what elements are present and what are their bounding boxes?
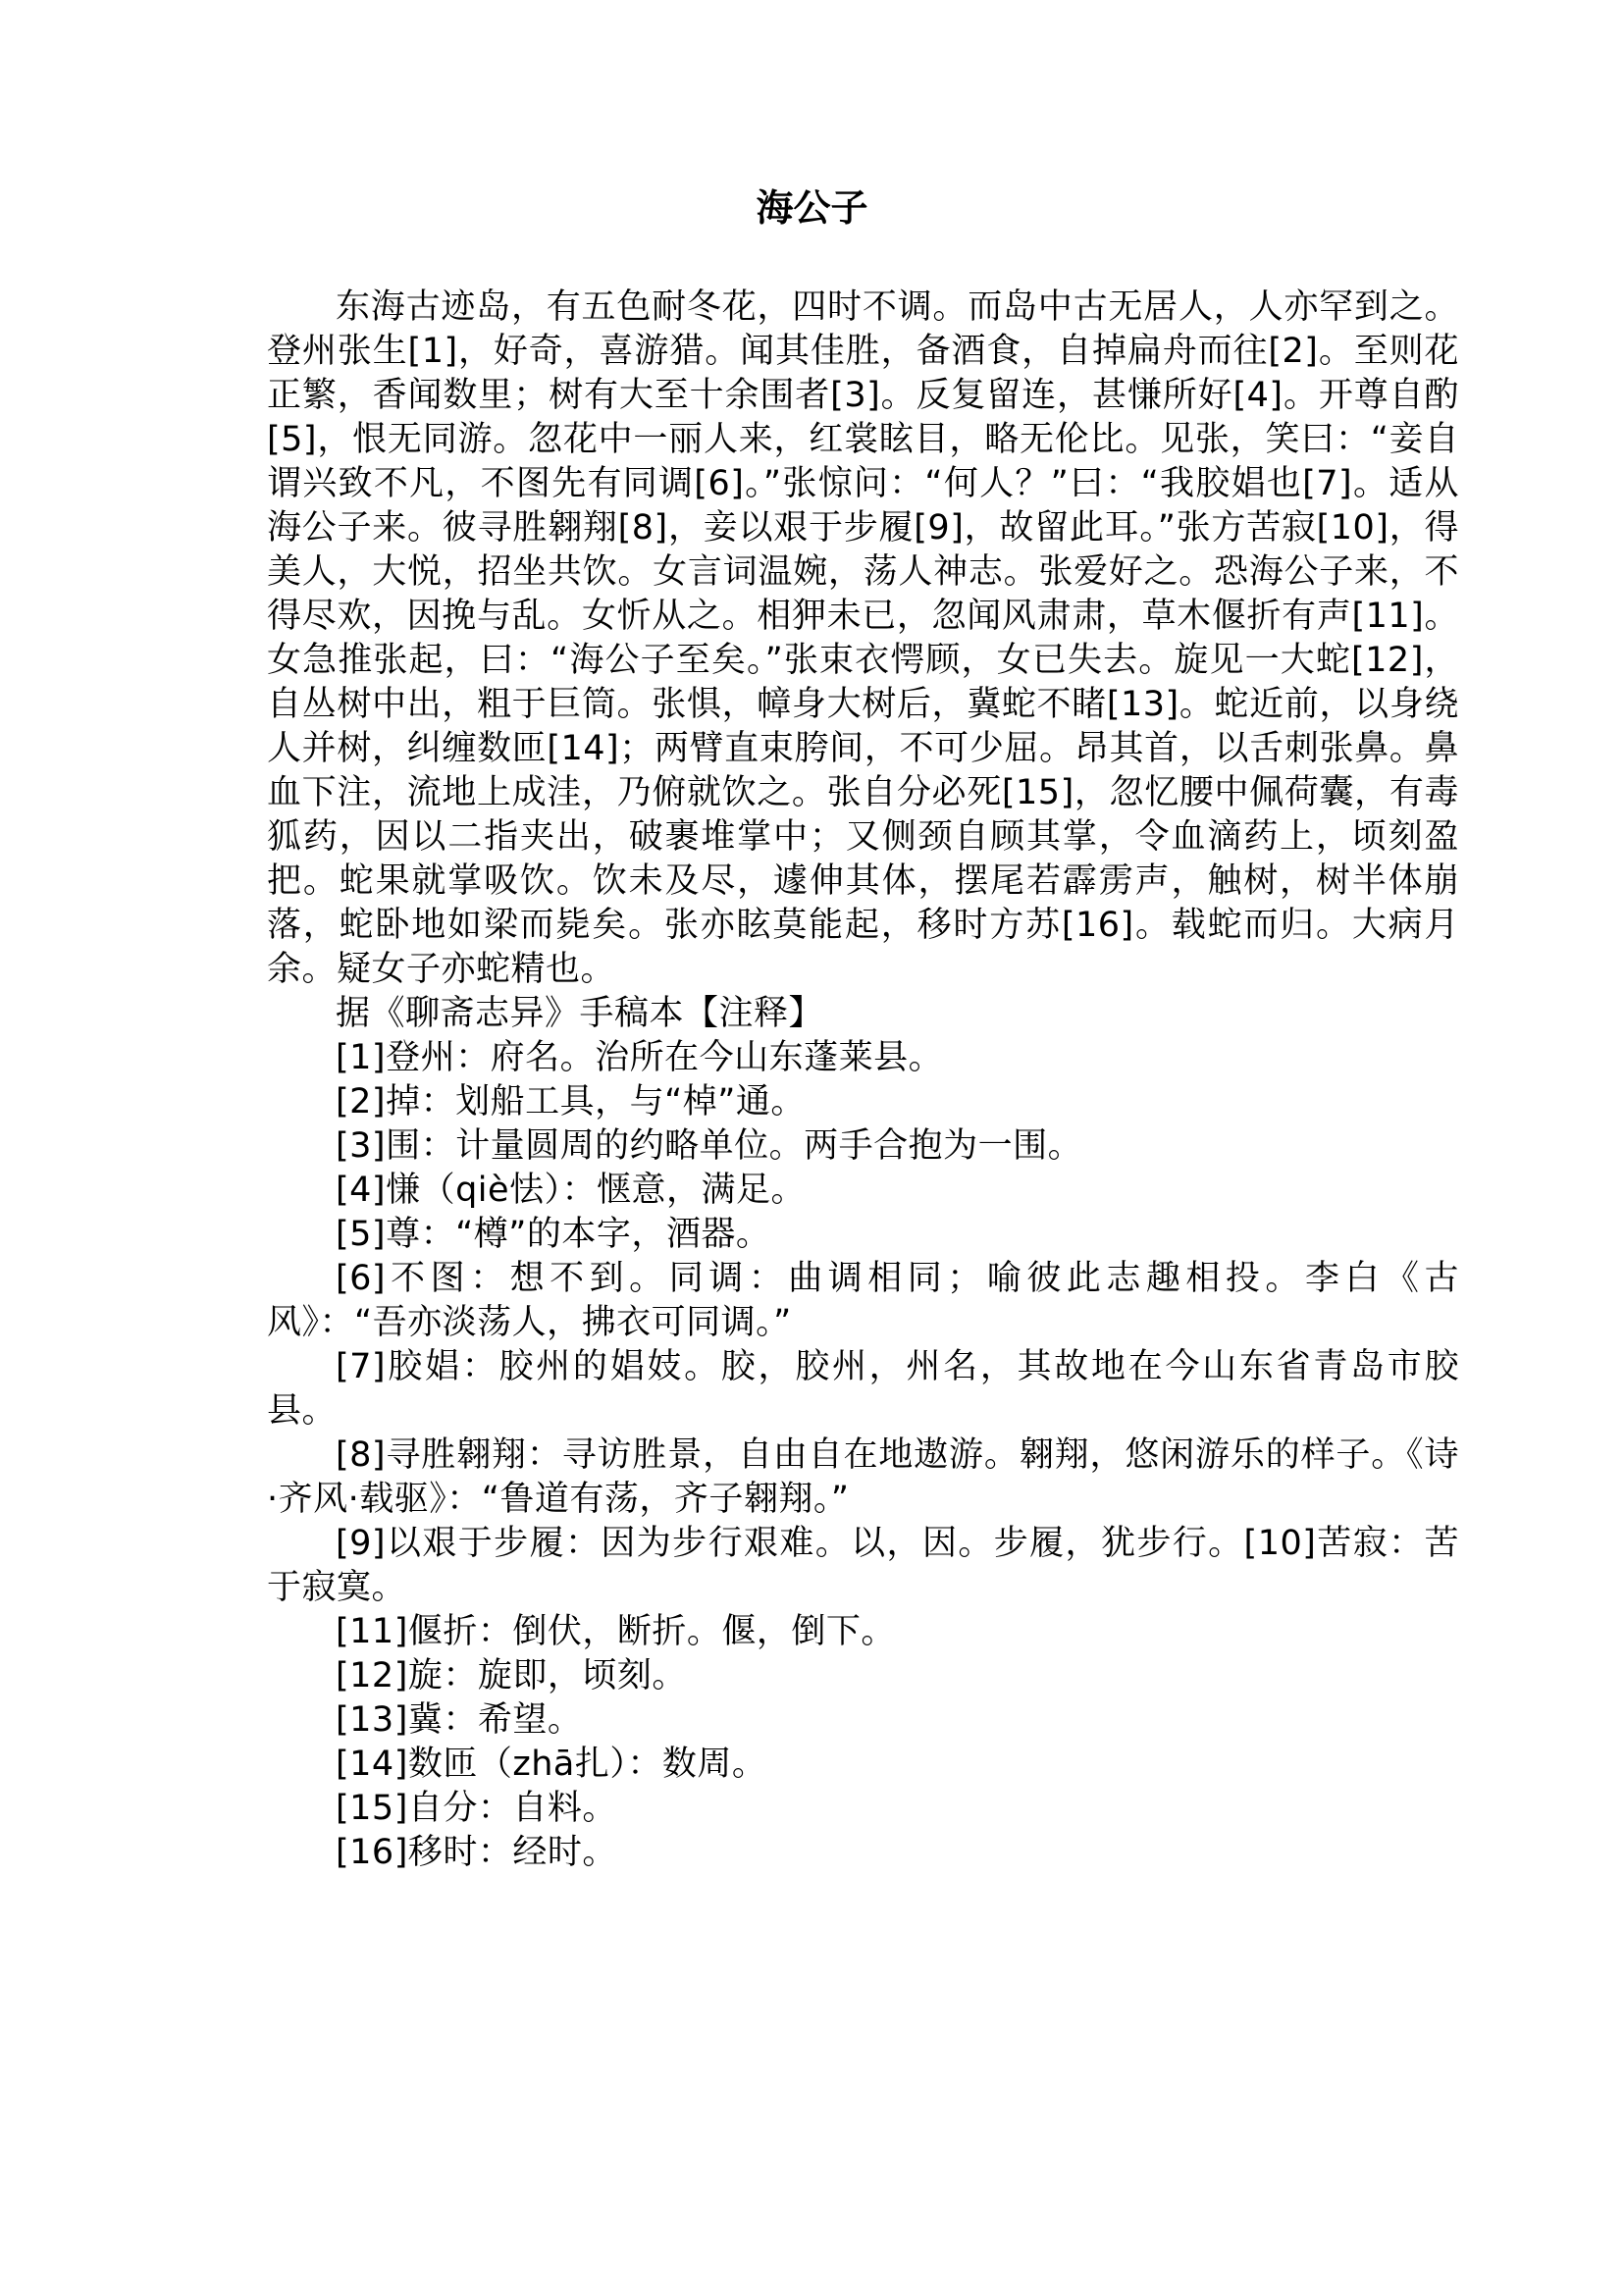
note-1: [1]登州：府名。治所在今山东蓬莱县。 <box>267 1036 1459 1080</box>
note-8: [8]寻胜翱翔：寻访胜景，自由自在地遨游。翱翔，悠闲游乐的样子。《诗·齐风·载驱… <box>267 1434 1459 1522</box>
note-3: [3]围：计量圆周的约略单位。两手合抱为一围。 <box>267 1124 1459 1169</box>
note-2: [2]掉：划船工具，与“棹”通。 <box>267 1080 1459 1124</box>
note-16: [16]移时：经时。 <box>267 1831 1459 1875</box>
note-14: [14]数匝（zhā扎）：数周。 <box>267 1743 1459 1787</box>
note-9-10: [9]以艰于步履：因为步行艰难。以，因。步履，犹步行。[10]苦寂：苦于寂寞。 <box>267 1522 1459 1610</box>
source-line: 据《聊斋志异》手稿本【注释】 <box>267 992 1459 1036</box>
note-15: [15]自分：自料。 <box>267 1787 1459 1831</box>
note-13: [13]冀：希望。 <box>267 1698 1459 1743</box>
document-title: 海公子 <box>165 184 1459 232</box>
note-5: [5]尊：“樽”的本字，酒器。 <box>267 1213 1459 1257</box>
note-4: [4]慊（qiè怯）：惬意，满足。 <box>267 1169 1459 1213</box>
note-11: [11]偃折：倒伏，断折。偃，倒下。 <box>267 1610 1459 1654</box>
note-12: [12]旋：旋即，顷刻。 <box>267 1654 1459 1698</box>
page: 海公子 东海古迹岛，有五色耐冬花，四时不调。而岛中古无居人，人亦罕到之。登州张生… <box>0 0 1624 2294</box>
note-6: [6]不图：想不到。同调：曲调相同；喻彼此志趣相投。李白《古风》：“吾亦淡荡人，… <box>267 1257 1459 1345</box>
note-7: [7]胶娼：胶州的娼妓。胶，胶州，州名，其故地在今山东省青岛市胶县。 <box>267 1345 1459 1434</box>
story-paragraph: 东海古迹岛，有五色耐冬花，四时不调。而岛中古无居人，人亦罕到之。登州张生[1]，… <box>267 286 1459 992</box>
